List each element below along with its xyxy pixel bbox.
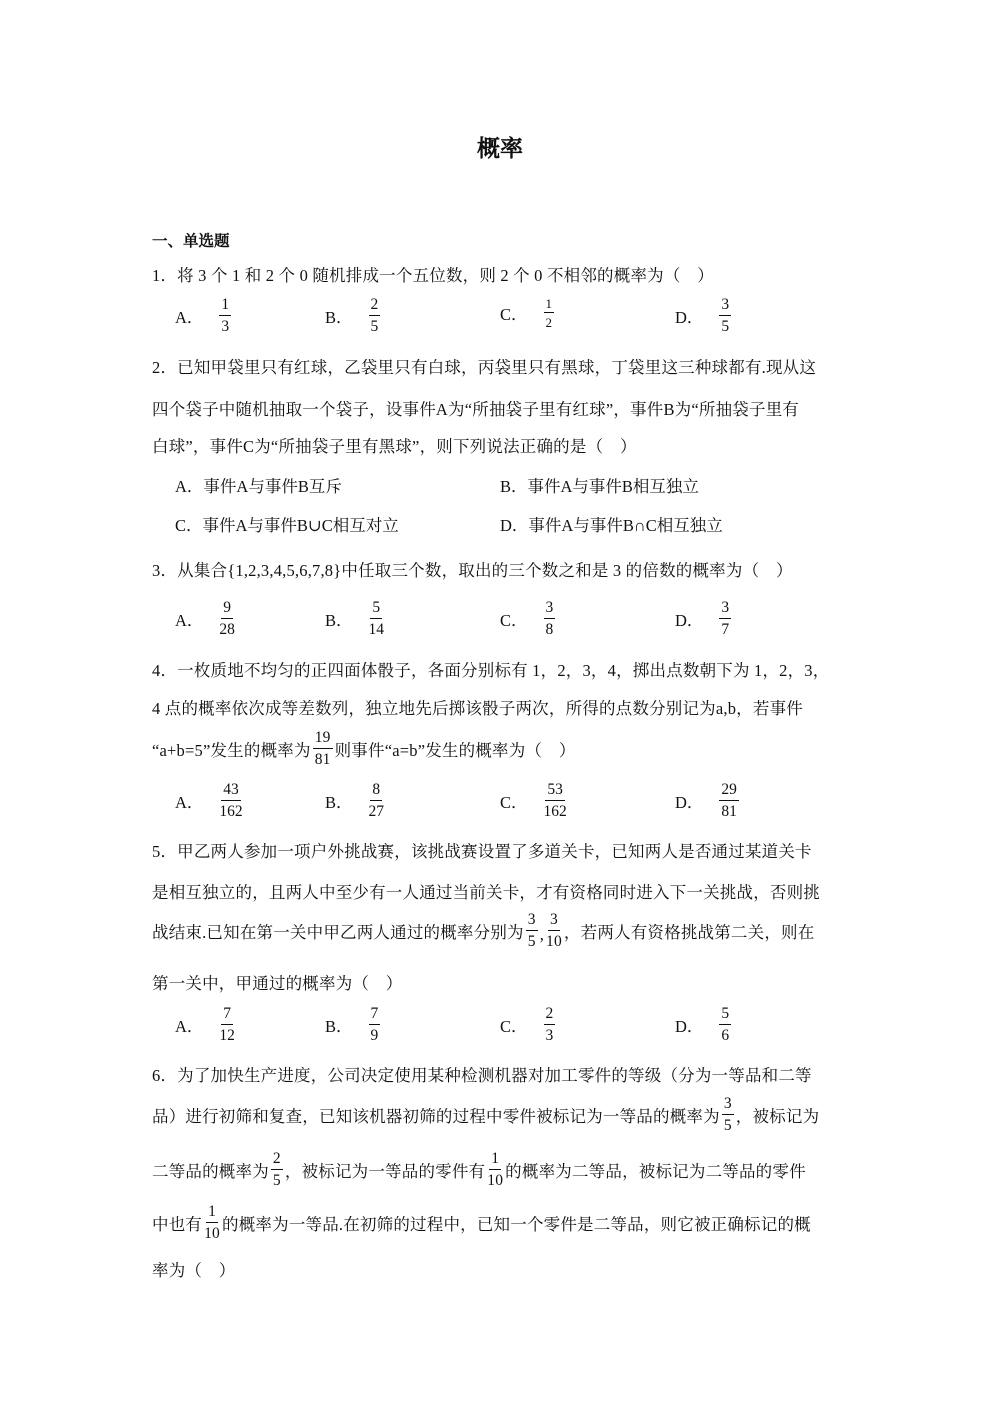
fraction: 35 [722,1096,734,1133]
question-2-line-3: 白球”，事件C为“所抽袋子里有黑球”，则下列说法正确的是（ ） [152,433,637,457]
option-b[interactable]: B．25 [325,297,382,334]
question-2: 2．已知甲袋里只有红球，乙袋里只有白球，丙袋里只有黑球，丁袋里这三种球都有.现从… [152,354,816,378]
question-1: 1．将 3 个 1 和 2 个 0 随机排成一个五位数，则 2 个 0 不相邻的… [152,262,714,286]
fraction: 110 [204,1204,220,1241]
question-6-line-4: 中也有 110 的概率为一等品.在初筛的过程中，已知一个零件是二等品，则它被正确… [152,1204,811,1241]
question-6: 6．为了加快生产进度，公司决定使用某种检测机器对加工零件的等级（分为一等品和二等 [152,1062,812,1086]
options-q1: A．13 B．25 C．12 D．35 [0,297,1000,341]
question-5-line-3: 战结束.已知在第一关中甲乙两人通过的概率分别为 35 , 310 ，若两人有资格… [152,912,814,949]
option-a[interactable]: A．13 [175,297,233,334]
fraction: 310 [546,912,562,949]
fraction: 79 [369,1006,381,1043]
option-a[interactable]: A．43162 [175,782,245,819]
question-text: 一枚质地不均匀的正四面体骰子，各面分别标有 1，2，3，4，掷出点数朝下为 1，… [177,661,829,680]
option-b[interactable]: B．514 [325,600,386,637]
option-c[interactable]: C．23 [500,1006,557,1043]
option-d[interactable]: D．事件A与事件B∩C相互独立 [500,512,723,536]
option-a[interactable]: A．事件A与事件B互斥 [175,473,342,497]
option-c[interactable]: C．38 [500,600,557,637]
option-b[interactable]: B．827 [325,782,386,819]
question-text: 为了加快生产进度，公司决定使用某种检测机器对加工零件的等级（分为一等品和二等 [177,1066,812,1085]
option-c[interactable]: C．53162 [500,782,569,819]
fraction: 37 [719,600,731,637]
question-4: 4．一枚质地不均匀的正四面体骰子，各面分别标有 1，2，3，4，掷出点数朝下为 … [152,657,829,681]
question-text: 已知甲袋里只有红球，乙袋里只有白球，丙袋里只有黑球，丁袋里这三种球都有.现从这 [177,358,816,377]
question-number: 2． [152,358,177,377]
option-d[interactable]: D．37 [675,600,733,637]
question-number: 6． [152,1066,177,1085]
fraction: 1981 [313,730,333,767]
option-c[interactable]: C．12 [500,297,556,329]
fraction: 827 [369,782,385,819]
fraction: 13 [219,297,231,334]
fraction: 928 [219,600,235,637]
fraction: 53162 [544,782,567,819]
question-text: 将 3 个 1 和 2 个 0 随机排成一个五位数，则 2 个 0 不相邻的概率… [177,266,714,285]
question-2-line-2: 四个袋子中随机抽取一个袋子，设事件A为“所抽袋子里有红球”，事件B为“所抽袋子里… [152,396,799,420]
question-6-line-3: 二等品的概率为 25 ，被标记为一等品的零件有 110 的概率为二等品，被标记为… [152,1151,806,1188]
question-5-line-2: 是相互独立的，且两人中至少有一人通过当前关卡，才有资格同时进入下一关挑战，否则挑 [152,879,820,903]
fraction: 38 [544,600,556,637]
fraction: 35 [719,297,731,334]
option-d[interactable]: D．56 [675,1006,733,1043]
options-q3: A．928 B．514 C．38 D．37 [0,600,1000,644]
question-4-line-3: “a+b=5”发生的概率为 1981 则事件“a=b”发生的概率为（ ） [152,730,576,767]
fraction: 25 [369,297,381,334]
fraction: 712 [219,1006,235,1043]
question-text: 从集合{1,2,3,4,5,6,7,8}中任取三个数，取出的三个数之和是 3 的… [177,561,793,580]
fraction: 12 [544,297,555,329]
question-4-line-2: 4 点的概率依次成等差数列，独立地先后掷该骰子两次，所得的点数分别记为a,b，若… [152,695,803,719]
fraction: 2981 [719,782,739,819]
option-b[interactable]: B．事件A与事件B相互独立 [500,473,699,497]
fraction: 25 [271,1151,283,1188]
option-a[interactable]: A．928 [175,600,237,637]
option-a[interactable]: A．712 [175,1006,237,1043]
question-5-line-4: 第一关中，甲通过的概率为（ ） [152,970,403,994]
option-c[interactable]: C．事件A与事件B∪C相互对立 [175,512,399,536]
question-text: 甲乙两人参加一项户外挑战赛，该挑战赛设置了多道关卡，已知两人是否通过某道关卡 [177,842,812,861]
question-6-line-2: 品）进行初筛和复查，已知该机器初筛的过程中零件被标记为一等品的概率为 35 ，被… [152,1096,819,1133]
question-number: 4． [152,661,177,680]
fraction: 35 [526,912,538,949]
fraction: 23 [544,1006,556,1043]
question-5: 5．甲乙两人参加一项户外挑战赛，该挑战赛设置了多道关卡，已知两人是否通过某道关卡 [152,838,812,862]
question-3: 3．从集合{1,2,3,4,5,6,7,8}中任取三个数，取出的三个数之和是 3… [152,557,793,581]
fraction: 43162 [219,782,242,819]
options-q4: A．43162 B．827 C．53162 D．2981 [0,782,1000,826]
question-number: 5． [152,842,177,861]
options-q5: A．712 B．79 C．23 D．56 [0,1006,1000,1050]
question-number: 1． [152,266,177,285]
fraction: 110 [487,1151,503,1188]
question-6-line-5: 率为（ ） [152,1257,236,1281]
fraction: 56 [719,1006,731,1043]
option-d[interactable]: D．2981 [675,782,741,819]
page-title: 概率 [0,130,1000,163]
option-d[interactable]: D．35 [675,297,733,334]
question-number: 3． [152,561,177,580]
fraction: 514 [369,600,385,637]
section-heading: 一、单选题 [152,229,230,251]
option-b[interactable]: B．79 [325,1006,382,1043]
